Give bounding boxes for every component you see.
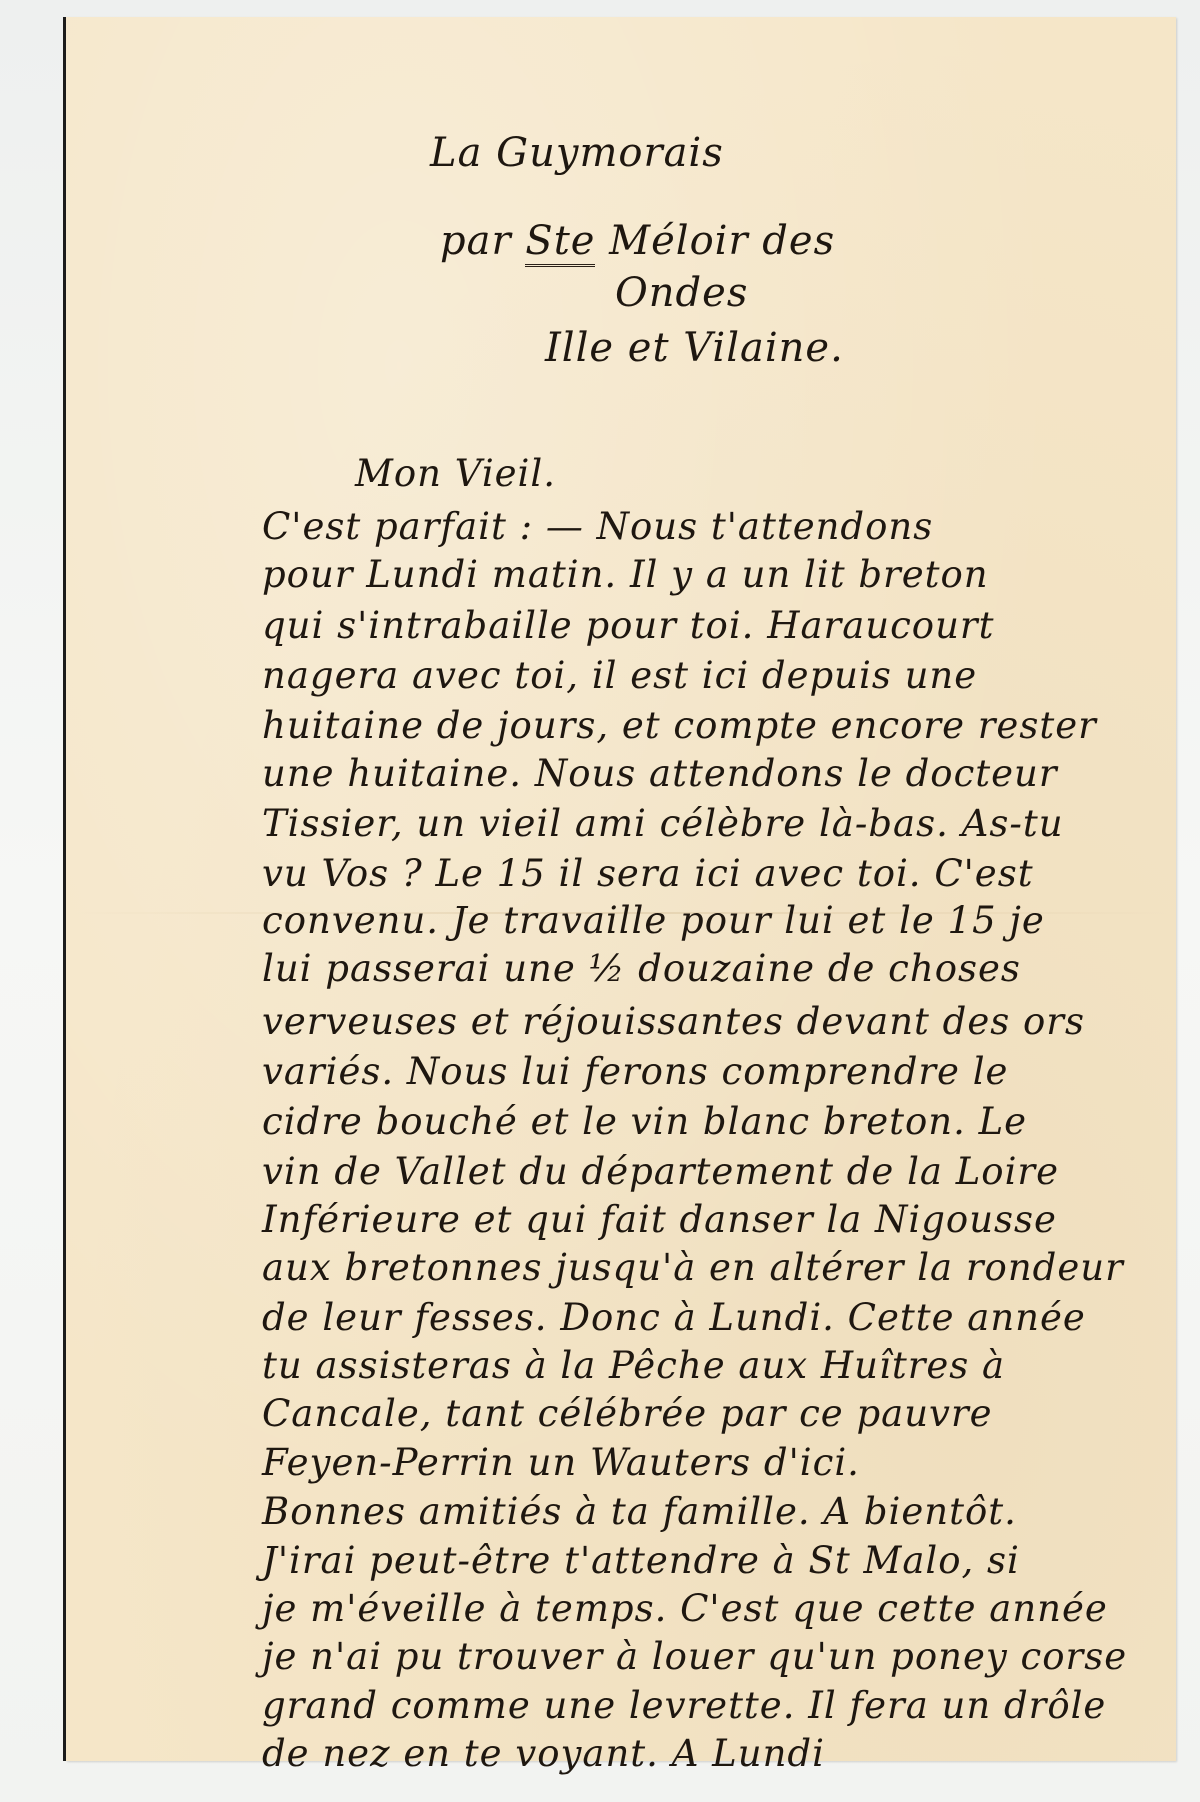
body-line: Feyen-Perrin un Wauters d'ici. xyxy=(262,1441,860,1484)
body-line: huitaine de jours, et compte encore rest… xyxy=(262,704,1097,747)
address-line-4: Ille et Vilaine. xyxy=(545,325,844,371)
address-line-2: par Ste Méloir des xyxy=(440,218,835,264)
address-town: Méloir des xyxy=(609,218,835,264)
body-line: Inférieure et qui fait danser la Nigouss… xyxy=(262,1198,1057,1241)
address-line-3: Ondes xyxy=(615,270,748,316)
body-line: je n'ai pu trouver à louer qu'un poney c… xyxy=(262,1635,1127,1678)
body-line: tu assisteras à la Pêche aux Huîtres à xyxy=(262,1344,1005,1387)
address-line-1: La Guymorais xyxy=(430,130,724,176)
body-line: convenu. Je travaille pour lui et le 15 … xyxy=(262,899,1045,942)
body-line: grand comme une levrette. Il fera un drô… xyxy=(262,1684,1106,1727)
salutation: Mon Vieil. xyxy=(355,452,556,495)
body-line: cidre bouché et le vin blanc breton. Le xyxy=(262,1100,1027,1143)
body-line: variés. Nous lui ferons comprendre le xyxy=(262,1050,1008,1093)
body-line: pour Lundi matin. Il y a un lit breton xyxy=(262,553,989,596)
body-line: vu Vos ? Le 15 il sera ici avec toi. C'e… xyxy=(262,852,1034,895)
body-line: nagera avec toi, il est ici depuis une xyxy=(262,654,977,697)
address-saint: Ste xyxy=(525,218,595,267)
body-line: qui s'intrabaille pour toi. Haraucourt xyxy=(262,604,994,647)
body-line: Tissier, un vieil ami célèbre là-bas. As… xyxy=(262,802,1064,845)
body-line: une huitaine. Nous attendons le docteur xyxy=(262,752,1058,795)
body-line: J'irai peut-être t'attendre à St Malo, s… xyxy=(262,1539,1020,1582)
scanned-letter: La Guymorais par Ste Méloir des Ondes Il… xyxy=(0,0,1200,1802)
body-line: C'est parfait : — Nous t'attendons xyxy=(262,505,933,548)
body-line: verveuses et réjouissantes devant des or… xyxy=(262,1000,1085,1043)
body-line: aux bretonnes jusqu'à en altérer la rond… xyxy=(262,1246,1124,1289)
body-line: de nez en te voyant. A Lundi xyxy=(262,1732,825,1775)
body-line: Bonnes amitiés à ta famille. A bientôt. xyxy=(262,1490,1017,1533)
body-line: de leur fesses. Donc à Lundi. Cette anné… xyxy=(262,1296,1086,1339)
address-par: par xyxy=(440,218,512,264)
body-line: Cancale, tant célébrée par ce pauvre xyxy=(262,1392,993,1435)
body-line: lui passerai une ½ douzaine de choses xyxy=(262,947,1021,990)
body-line: je m'éveille à temps. C'est que cette an… xyxy=(262,1587,1108,1630)
body-line: vin de Vallet du département de la Loire xyxy=(262,1150,1059,1193)
